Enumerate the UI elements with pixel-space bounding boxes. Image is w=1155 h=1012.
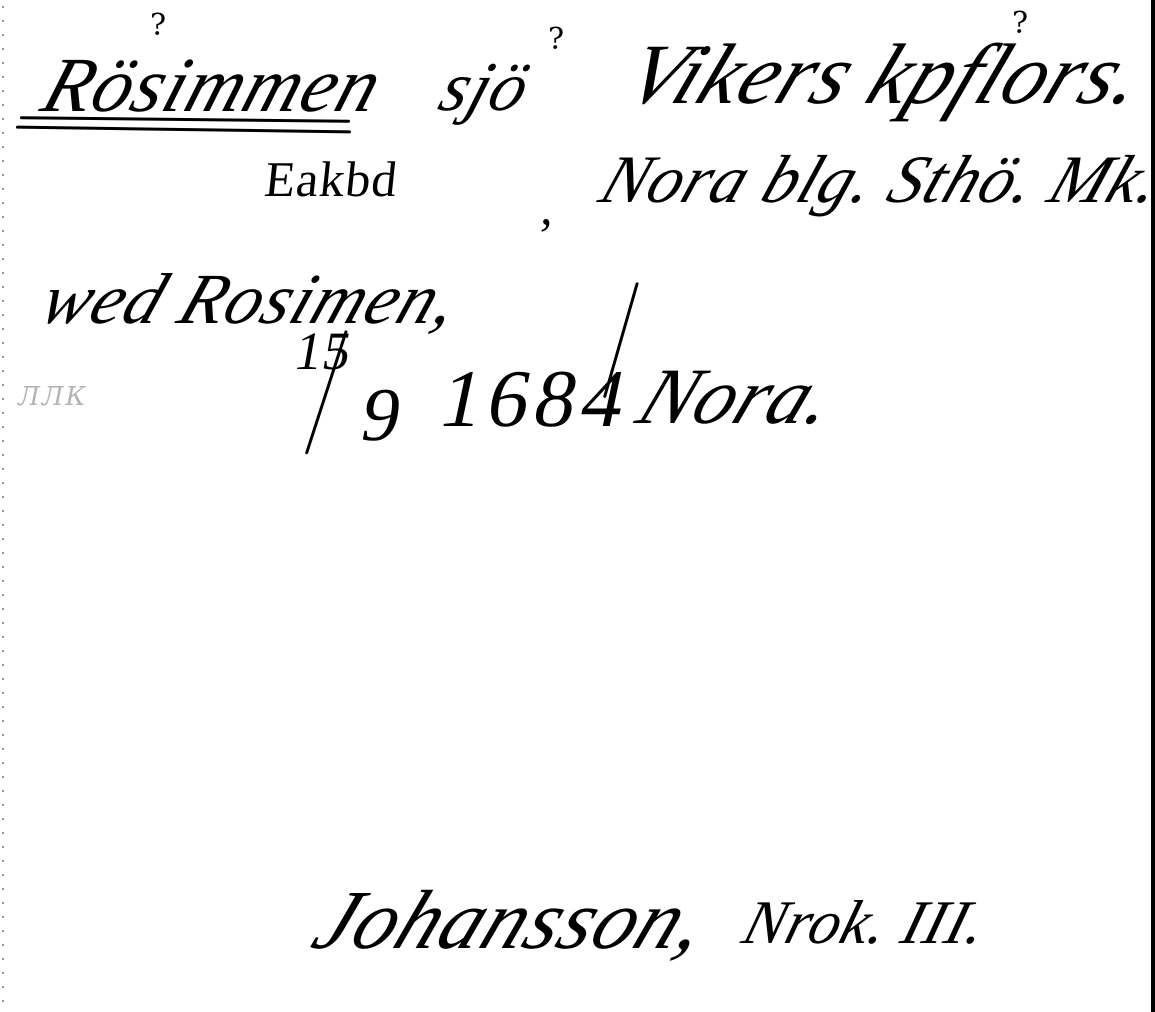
date-place: Nora. [625,352,851,443]
signature-title: Nrok. III. [735,888,995,959]
date-day: 15 [290,320,357,382]
archive-card: Rösimmen ? sjö ? Vikers kpflors. ? Eakbd… [0,0,1155,1012]
signature-name: Johansson, [300,872,725,969]
line2-comma: , [540,178,554,236]
parish-name: Vikers kpflors. [612,24,1155,124]
margin-stamp: ЛЛК [18,382,88,412]
place-qualifier: sjö [430,48,541,128]
date-month: 9 [355,372,409,459]
left-margin-dots [2,0,4,1012]
date-year: 1684 [432,352,640,446]
accent-mark-3: ? [1012,6,1028,41]
line3-text: wed Rosimen, [30,258,472,341]
accent-mark-2: ? [548,22,564,57]
correction-note: Eakbd [262,150,401,208]
location-text: Nora blg. Sthö. Mk. [590,140,1155,219]
accent-mark-1: ? [150,8,166,43]
